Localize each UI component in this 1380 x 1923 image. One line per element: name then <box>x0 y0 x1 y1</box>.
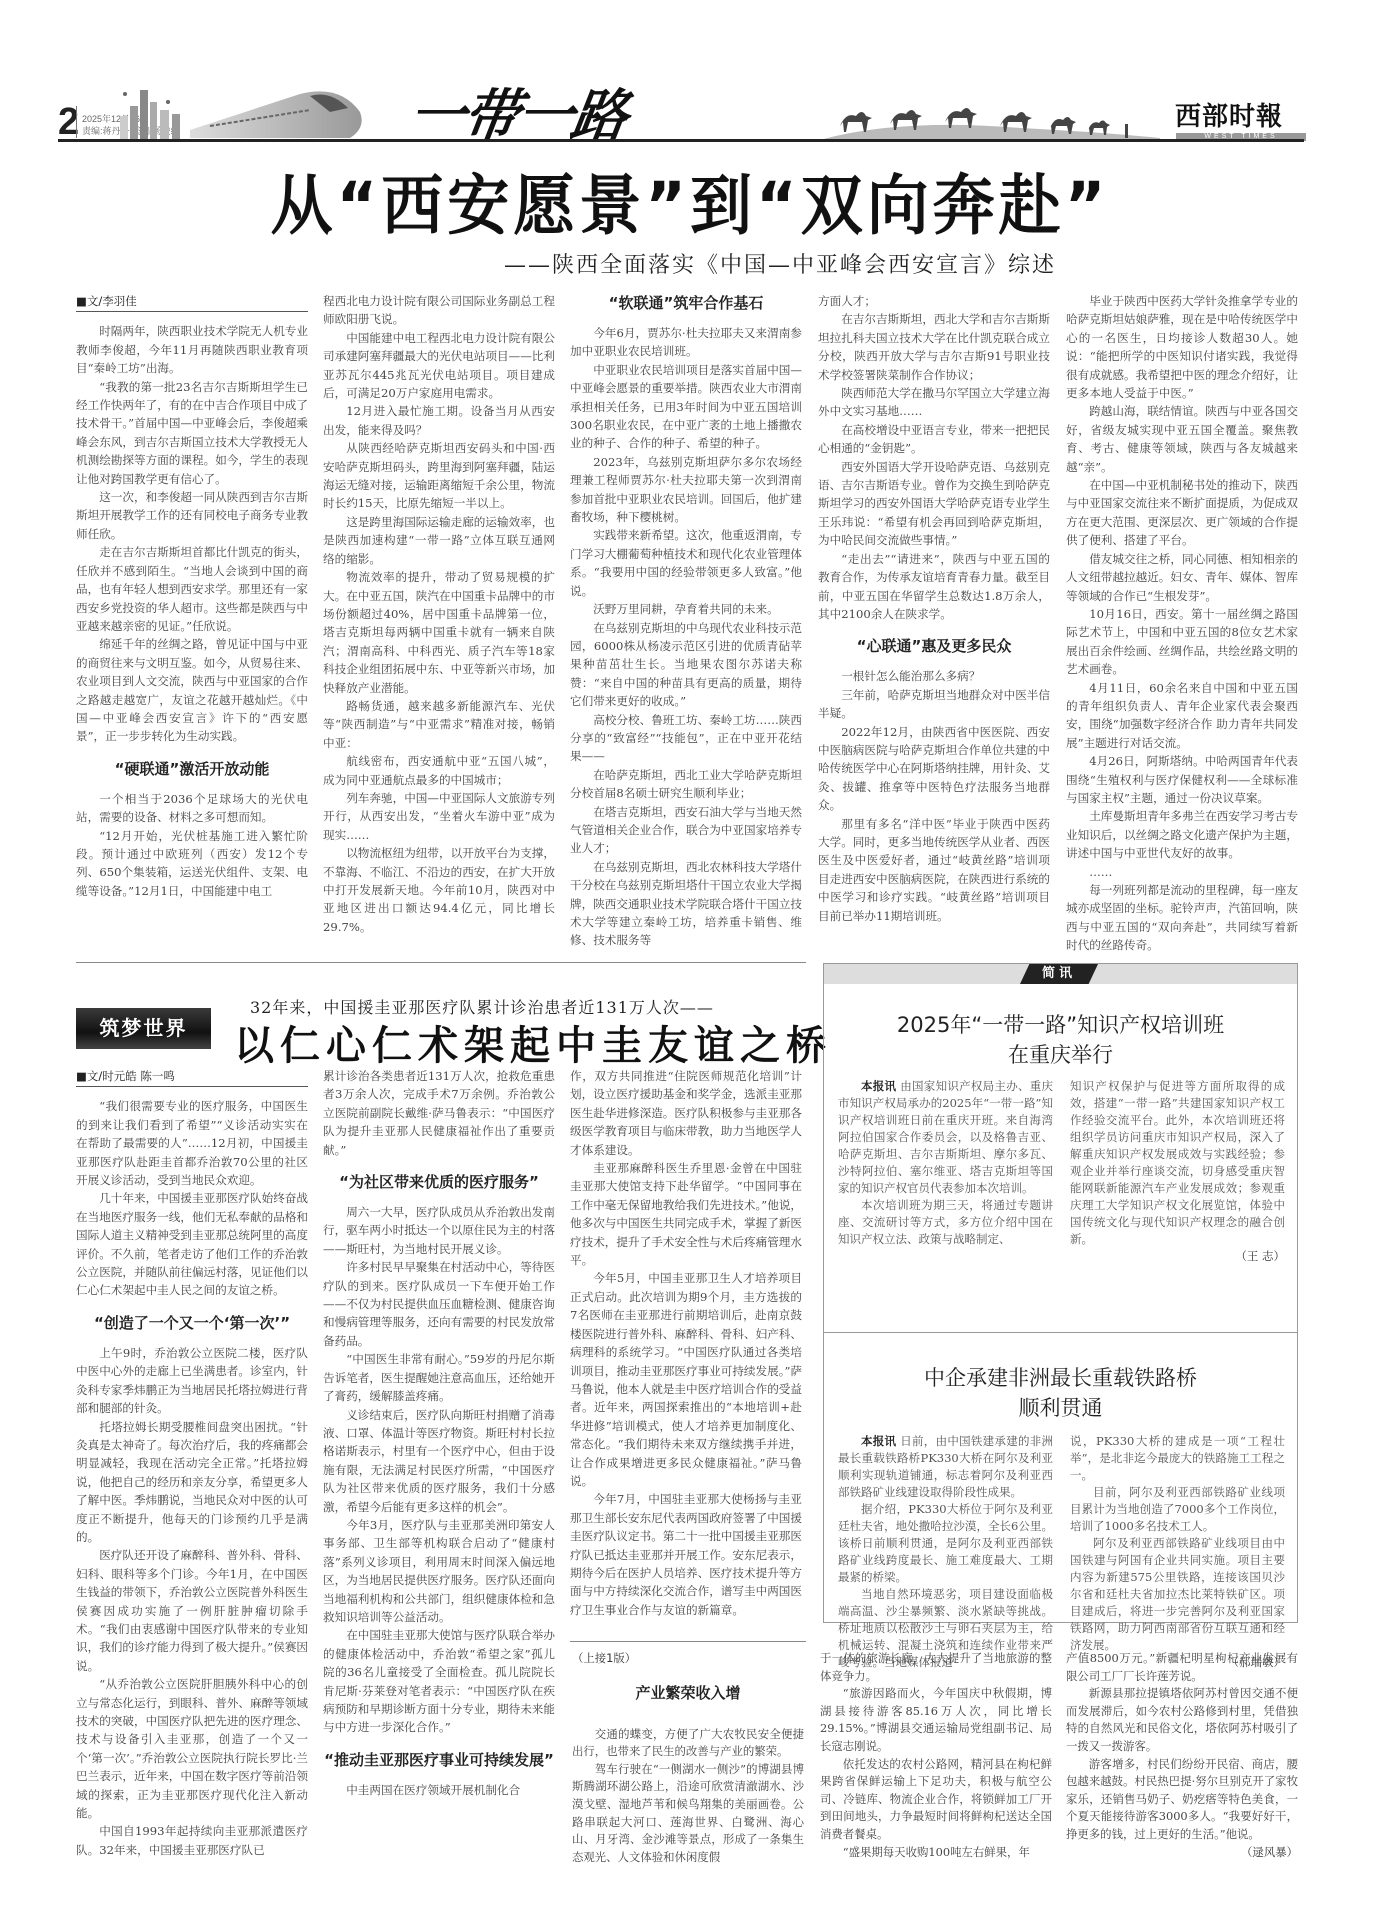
masthead: 2 2025年12月16日 责编:蒋丹丹 美编:杨俊红 一带一路 西部时報 WE… <box>0 0 1380 160</box>
paragraph: 说，PK330大桥的建成是一项“工程壮举”，是北非迄今最庞大的铁路施工工程之一。 <box>1070 1433 1285 1484</box>
paragraph: 中国能建中电工程西北电力设计院有限公司承建阿塞拜疆最大的光伏电站项目——比利亚苏… <box>323 329 555 403</box>
high-speed-train-icon <box>190 72 370 140</box>
paragraph: 今年6月，贾苏尔·杜夫拉耶夫又来渭南参加中亚职业农民培训班。 <box>570 324 802 361</box>
paragraph: 义诊结束后，医疗队向斯旺村捐赠了消毒液、口罩、体温计等医疗物资。斯旺村村长拉格诺… <box>323 1406 555 1516</box>
lead-byline: ■文/李羽佳 <box>76 292 308 312</box>
continued-column-1: （上接1版） 产业繁荣收入增 交通的蝶变，方便了广大农牧民安全便捷出行，也带来了… <box>572 1650 804 1866</box>
paragraph: 圭亚那麻醉科医生乔里恩·金曾在中国驻圭亚那大使馆支持下赴华留学。“中国同事在工作… <box>570 1159 802 1269</box>
feature-column-3: 作，双方共同推进“住院医师规范化培训”计划，设立医疗援助基金和奖学金，选派圭亚那… <box>570 1067 802 1619</box>
paragraph: 在高校增设中亚语言专业，带来一把把民心相通的“金钥匙”。 <box>818 421 1050 458</box>
lead-headline: 从“西安愿景”到“双向奔赴” <box>0 166 1380 246</box>
feature-column-2: 累计诊治各类患者近131万人次，抢救危重患者3万余人次，完成手术7万余例。乔治敦… <box>323 1067 555 1799</box>
paragraph: 方面人才； <box>818 292 1050 310</box>
paragraph: 中圭两国在医疗领域开展机制化合 <box>323 1781 555 1799</box>
masthead-divider <box>76 106 77 138</box>
paragraph: 土库曼斯坦青年多弗兰在西安学习考古专业知识后，以丝绸之路文化遗产保护为主题，讲述… <box>1066 807 1298 862</box>
feature-column-1: ■文/时元皓 陈一鸣 “我们很需要专业的医疗服务，中国医生的到来让我们看到了希望… <box>76 1067 308 1859</box>
paragraph: 在乌兹别克斯坦，西北农林科技大学塔什干分校在乌兹别克斯坦塔什干国立农业大学揭牌，… <box>570 858 802 950</box>
newspaper-logo: 西部时報 <box>1175 96 1283 133</box>
paragraph: 三年前，哈萨克斯坦当地群众对中医半信半疑。 <box>818 686 1050 723</box>
paragraph: 中亚职业农民培训项目是落实首届中国—中亚峰会愿景的重要举措。陕西农业大市渭南承担… <box>570 361 802 453</box>
section-heading-hard-connectivity: “硬联通”激活开放动能 <box>76 758 308 780</box>
feature-headline: 以仁心仁术架起中圭友谊之桥 <box>234 1014 832 1071</box>
paragraph: “我教的第一批23名吉尔吉斯斯坦学生已经工作快两年了，有的在中吉合作项目中成了技… <box>76 378 308 488</box>
brief-tag: 简讯 <box>1020 964 1098 984</box>
paragraph: “中国医生非常有耐心。”59岁的丹尼尔斯告诉笔者，医生提醒她注意高血压，还给她开… <box>323 1350 555 1405</box>
paragraph: 列车奔驰，中国—中亚国际人文旅游专列开行，从西安出发，“坐着火车游中亚”成为现实… <box>323 789 555 844</box>
paragraph: 依托发达的农村公路网，精河县在枸杞鲜果跨省保鲜运输上下足功夫，积极与航空公司、冷… <box>820 1756 1052 1844</box>
lead-subheadline: ——陕西全面落实《中国—中亚峰会西安宣言》综述 <box>0 248 1380 279</box>
paragraph: 2023年，乌兹别克斯坦萨尔多尔农场经理兼工程师贾苏尔·杜夫拉耶夫第一次到渭南参… <box>570 453 802 527</box>
section-divider <box>570 1641 806 1642</box>
paragraph: 在塔吉克斯坦，西安石油大学与当地天然气管道相关企业合作，联合为中亚国家培养专业人… <box>570 803 802 858</box>
paragraph: “12月开始，光伏桩基施工进入繁忙阶段。预计通过中欧班列（西安）发12个专列、6… <box>76 827 308 901</box>
paragraph: 在中国驻圭亚那大使馆与医疗队联合举办的健康体检活动中，乔治敦“希望之家”孤儿院的… <box>323 1626 555 1736</box>
lead-column-1: ■文/李羽佳 时隔两年，陕西职业技术学院无人机专业教师李俊超，今年11月再随陕西… <box>76 292 308 900</box>
paragraph: 在哈萨克斯坦，西北工业大学哈萨克斯坦分校首届8名硕士研究生顺利毕业； <box>570 766 802 803</box>
paragraph: 托塔拉姆长期受腰椎间盘突出困扰。“针灸真是太神奇了。每次治疗后，我的疼痛都会明显… <box>76 1418 308 1547</box>
column-banner-dream-world: 筑梦世界 <box>76 1008 211 1049</box>
section-heading-firsts: “创造了一个又一个‘第一次’” <box>76 1312 308 1334</box>
news-brief-box-continued: 中企承建非洲最长重载铁路桥 顺利贯通 本报讯 日前，由中国铁建承建的非洲最长重载… <box>823 1333 1298 1623</box>
paragraph: 借友城交往之桥，同心同德、相知相亲的人文纽带越拉越近。妇女、青年、媒体、智库等领… <box>1066 550 1298 605</box>
paragraph: “盛果期每天收购100吨左右鲜果，年 <box>820 1844 1052 1862</box>
paragraph: 时隔两年，陕西职业技术学院无人机专业教师李俊超，今年11月再随陕西职业教育项目“… <box>76 322 308 377</box>
paragraph: 沃野万里同耕，孕育着共同的未来。 <box>570 600 802 618</box>
paragraph: 由国家知识产权局主办、重庆市知识产权局承办的2025年“一带一路”知识产权培训班… <box>838 1079 1053 1195</box>
paragraph: 实践带来新希望。这次，他重返渭南，专门学习大棚葡萄种植技术和现代化农业管理体系。… <box>570 526 802 600</box>
continued-column-2: 于一体的旅游长廊，大大提升了当地旅游的整体竞争力。 “旅游因路而火，今年国庆中秋… <box>820 1650 1052 1861</box>
lead-column-4: 方面人才； 在吉尔吉斯斯坦，西北大学和吉尔吉斯斯坦拉扎科夫国立技术大学在比什凯克… <box>818 292 1050 925</box>
section-heading-heart-connectivity: “心联通”惠及更多民众 <box>818 635 1050 657</box>
paragraph: “我们很需要专业的医疗服务，中国医生的到来让我们看到了希望”“义诊活动实实在在帮… <box>76 1097 308 1189</box>
paragraph: 走在吉尔吉斯斯坦首都比什凯克的街头，任欣并不感到陌生。“当地人会谈到中国的商品，… <box>76 543 308 635</box>
section-heading-sustainable-development: “推动圭亚那医疗事业可持续发展” <box>323 1749 555 1771</box>
continued-column-3: 产值8500万元。”新疆杞明星枸杞产业发展有限公司工厂厂长许莲芳说。 新源县那拉… <box>1066 1650 1298 1861</box>
paragraph: 中国自1993年起持续向圭亚那派遣医疗队。32年来，中国援圭亚那医疗队已 <box>76 1822 308 1859</box>
paragraph: 一个相当于2036个足球场大的光伏电站，需要的设备、材料之多可想而知。 <box>76 790 308 827</box>
brief-2-column-1: 本报讯 日前，由中国铁建承建的非洲最长重载铁路桥PK330大桥在阿尔及利亚顺利实… <box>838 1433 1053 1671</box>
paragraph: 程西北电力设计院有限公司国际业务副总工程师欧阳册飞说。 <box>323 292 555 329</box>
news-brief-box: 简讯 2025年“一带一路”知识产权培训班 在重庆举行 本报讯 由国家知识产权局… <box>823 963 1298 1333</box>
paragraph: 今年7月，中国驻圭亚那大使杨扬与圭亚那卫生部长安东尼代表两国政府签署了中国援圭医… <box>570 1490 802 1619</box>
paragraph: 上午9时，乔治敦公立医院二楼，医疗队中医中心外的走廊上已坐满患者。诊室内，针灸科… <box>76 1344 308 1418</box>
paragraph: 4月11日，60余名来自中国和中亚五国的青年组织负责人、青年企业家代表会聚西安，… <box>1066 679 1298 753</box>
section-heading-soft-connectivity: “软联通”筑牢合作基石 <box>570 292 802 314</box>
paragraph: 这一次，和李俊超一同从陕西到吉尔吉斯斯坦开展教学工作的还有同校电子商务专业教师任… <box>76 488 308 543</box>
section-heading-community-service: “为社区带来优质的医疗服务” <box>323 1171 555 1193</box>
paragraph: 4月26日，阿斯塔纳。中哈两国青年代表围绕“生殖权利与医疗保健权利——全球标准与… <box>1066 752 1298 807</box>
paragraph: “从乔治敦公立医院肝胆胰外科中心的创立与常态化运行，到眼科、普外、麻醉等领域技术… <box>76 1675 308 1822</box>
paragraph: 交通的蝶变，方便了广大农牧民安全便捷出行，也带来了民生的改善与产业的繁荣。 <box>572 1726 804 1761</box>
paragraph: 游客增多，村民们纷纷开民宿、商店，腰包越来越鼓。村民热巴提·努尔旦别克开了家牧家… <box>1066 1756 1298 1844</box>
paragraph: 那里有多名“洋中医”毕业于陕西中医药大学。同时，更多当地传统医学从业者、西医医生… <box>818 815 1050 925</box>
continued-signature: （逯风暴） <box>1066 1844 1298 1862</box>
lead-column-5: 毕业于陕西中医药大学针灸推拿学专业的哈萨克斯坦姑娘萨雅，现在是中哈传统医学中心的… <box>1066 292 1298 955</box>
paragraph: 12月进入最忙施工期。设备当月从西安出发，能来得及吗？ <box>323 402 555 439</box>
paragraph: 以物流枢纽为纽带，以开放平台为支撑，不靠海、不临江、不沿边的西安，在扩大开放中打… <box>323 844 555 936</box>
section-divider <box>76 962 806 963</box>
paragraph: 跨越山海，联结情谊。陕西与中亚各国交好，省级友城实现中亚五国全覆盖。聚焦教育、考… <box>1066 402 1298 476</box>
paragraph: 绵延千年的丝绸之路，曾见证中国与中亚的商贸往来与文明互鉴。如今，从贸易往来、农业… <box>76 635 308 745</box>
paragraph: 这是跨里海国际运输走廊的运输效率，也是陕西加速构建“一带一路”立体互联互通网络的… <box>323 513 555 568</box>
brief-1-signature: （王 志） <box>1070 1248 1285 1265</box>
paragraph: 一根针怎么能治那么多病？ <box>818 667 1050 685</box>
section-heading-industry-prosperity: 产业繁荣收入增 <box>572 1682 804 1704</box>
brief-2-headline-line1: 中企承建非洲最长重载铁路桥 <box>824 1363 1297 1393</box>
paragraph: “旅游因路而火，今年国庆中秋假期，博湖县接待游客85.16万人次，同比增长29.… <box>820 1685 1052 1755</box>
paragraph: 据介绍，PK330大桥位于阿尔及利亚廷杜夫省，地处撒哈拉沙漠，全长6公里。该桥日… <box>838 1501 1053 1586</box>
brief-1-headline-line1: 2025年“一带一路”知识产权培训班 <box>824 1010 1297 1040</box>
paragraph: 累计诊治各类患者近131万人次，抢救危重患者3万余人次，完成手术7万余例。乔治敦… <box>323 1067 555 1159</box>
paragraph: 今年3月，医疗队与圭亚那美洲印第安人事务部、卫生部等机构联合启动了“健康村落”系… <box>323 1516 555 1626</box>
paragraph: 物流效率的提升，带动了贸易规模的扩大。在中亚五国，陕汽在中国重卡品牌中的市场份额… <box>323 568 555 697</box>
continued-from-label: （上接1版） <box>572 1650 804 1668</box>
paragraph: “走出去”“请进来”，陕西与中亚五国的教育合作，为传承友谊培育青春力量。截至目前… <box>818 550 1050 624</box>
paragraph: 在乌兹别克斯坦的中乌现代农业科技示范园，6000株从杨凌示范区引进的优质青砧苹果… <box>570 619 802 711</box>
paragraph: …… <box>1066 863 1298 881</box>
paragraph: 2022年12月，由陕西省中医医院、西安中医脑病医院与哈萨克斯坦合作单位共建的中… <box>818 723 1050 815</box>
paragraph: 新源县那拉提镇塔依阿苏村曾因交通不便而发展滞后，如今农村公路修到村里，凭借独特的… <box>1066 1685 1298 1755</box>
paragraph: 医疗队还开设了麻醉科、普外科、骨科、妇科、眼科等多个门诊。今年1月，在中国医生钱… <box>76 1546 308 1675</box>
paragraph: 高校分校、鲁班工坊、秦岭工坊……陕西分享的“致富经”“技能包”，正在中亚开花结果… <box>570 711 802 766</box>
lead-column-2: 程西北电力设计院有限公司国际业务副总工程师欧阳册飞说。 中国能建中电工程西北电力… <box>323 292 555 936</box>
paragraph: 在吉尔吉斯斯坦，西北大学和吉尔吉斯斯坦拉扎科夫国立技术大学在比什凯克联合成立分校… <box>818 310 1050 384</box>
brief-1-column-1: 本报讯 由国家知识产权局主办、重庆市知识产权局承办的2025年“一带一路”知识产… <box>838 1078 1053 1248</box>
paragraph: 西安外国语大学开设哈萨克语、乌兹别克语、吉尔吉斯语专业。曾作为交换生到哈萨克斯坦… <box>818 458 1050 550</box>
brief-2-headline-line2: 顺利贯通 <box>824 1393 1297 1423</box>
paragraph: 今年5月，中国圭亚那卫生人才培养项目正式启动。此次培训为期9个月，圭方选拔的7名… <box>570 1269 802 1490</box>
paragraph: 陕西师范大学在撒马尔罕国立大学建立海外中文实习基地…… <box>818 384 1050 421</box>
paragraph: 10月16日，西安。第十一届丝绸之路国际艺术节上，中国和中亚五国的8位女艺术家展… <box>1066 605 1298 679</box>
paragraph: 目前，阿尔及利亚西部铁路矿业线项目累计为当地创造了7000多个工作岗位，培训了1… <box>1070 1484 1285 1535</box>
paragraph: 周六一大早，医疗队成员从乔治敦出发南行，驱车两小时抵达一个以原住民为主的村落——… <box>323 1203 555 1258</box>
brief-2-dateline: 本报讯 <box>861 1434 896 1448</box>
lead-column-3: “软联通”筑牢合作基石 今年6月，贾苏尔·杜夫拉耶夫又来渭南参加中亚职业农民培训… <box>570 292 802 950</box>
feature-byline: ■文/时元皓 陈一鸣 <box>76 1067 308 1087</box>
city-skyline-icon <box>110 80 200 140</box>
masthead-rule <box>58 139 1304 142</box>
paragraph: 驾车行驶在“一侧湖水一侧沙”的博湖县博斯腾湖环湖公路上，沿途可欣赏清澈湖水、沙漠… <box>572 1761 804 1867</box>
paragraph: 本次培训班为期三天，将通过专题讲座、交流研讨等方式，多方位介绍中国在知识产权立法… <box>838 1197 1053 1248</box>
brief-1-column-2: 知识产权保护与促进等方面所取得的成效，搭建“一带一路”共建国家知识产权工作经验交… <box>1070 1078 1285 1265</box>
paragraph: 航线密布，西安通航中亚“五国八城”，成为同中亚通航点最多的中国城市； <box>323 752 555 789</box>
paragraph: 每一列班列都是流动的里程碑，每一座友城亦成坚固的坐标。驼铃声声，汽笛回响，陕西与… <box>1066 881 1298 955</box>
paragraph: 在中国—中亚机制秘书处的推动下，陕西与中亚国家交流往来不断扩面提质，为促成双方在… <box>1066 476 1298 550</box>
camel-caravan-icon <box>820 88 1160 140</box>
paragraph: 许多村民早早聚集在村活动中心，等待医疗队的到来。医疗队成员一下车便开始工作——不… <box>323 1258 555 1350</box>
paragraph: 产值8500万元。”新疆杞明星枸杞产业发展有限公司工厂厂长许莲芳说。 <box>1066 1650 1298 1685</box>
paragraph: 从陕西经哈萨克斯坦西安码头和中国·西安哈萨克斯坦码头，跨里海到阿塞拜疆，陆运海运… <box>323 439 555 513</box>
paragraph: 几十年来，中国援圭亚那医疗队始终奋战在当地医疗服务一线，他们无私奉献的品格和国际… <box>76 1189 308 1299</box>
paragraph: 知识产权保护与促进等方面所取得的成效，搭建“一带一路”共建国家知识产权工作经验交… <box>1070 1078 1285 1248</box>
brief-1-dateline: 本报讯 <box>861 1079 896 1093</box>
paragraph: 路畅货通，越来越多新能源汽车、光伏等“陕西制造”与“中亚需求”精准对接，畅销中亚… <box>323 697 555 752</box>
paragraph: 阿尔及利亚西部铁路矿业线项目由中国铁建与阿国有企业共同实施。项目主要内容为新建5… <box>1070 1535 1285 1654</box>
paragraph: 于一体的旅游长廊，大大提升了当地旅游的整体竞争力。 <box>820 1650 1052 1685</box>
brief-2-column-2: 说，PK330大桥的建成是一项“工程壮举”，是北非迄今最庞大的铁路施工工程之一。… <box>1070 1433 1285 1671</box>
brief-1-headline-line2: 在重庆举行 <box>824 1040 1297 1070</box>
paragraph: 毕业于陕西中医药大学针灸推拿学专业的哈萨克斯坦姑娘萨雅，现在是中哈传统医学中心的… <box>1066 292 1298 402</box>
paragraph: 作，双方共同推进“住院医师规范化培训”计划，设立医疗援助基金和奖学金，选派圭亚那… <box>570 1067 802 1159</box>
